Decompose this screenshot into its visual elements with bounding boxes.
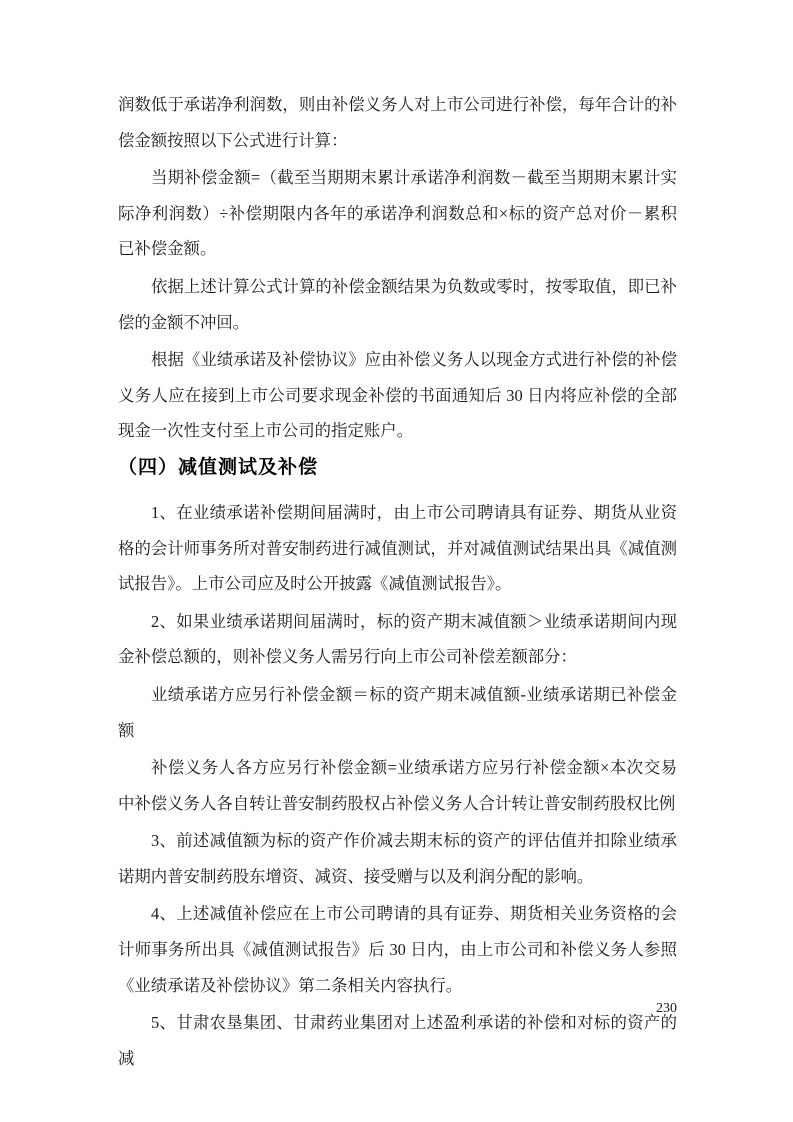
paragraph-item-2: 2、如果业绩承诺期间届满时，标的资产期末减值额＞业绩承诺期间内现金补偿总额的，则… bbox=[118, 604, 677, 675]
paragraph-item-1: 1、在业绩承诺补偿期间届满时，由上市公司聘请具有证券、期货从业资格的会计师事务所… bbox=[118, 495, 677, 602]
paragraph-formula-obligor-share: 补偿义务人各方应另行补偿金额=业绩承诺方应另行补偿金额×本次交易中补偿义务人各自… bbox=[118, 750, 677, 821]
paragraph-item-5: 5、甘肃农垦集团、甘肃药业集团对上述盈利承诺的补偿和对标的资产的减 bbox=[118, 1005, 677, 1076]
page-number: 230 bbox=[656, 1001, 677, 1017]
paragraph-formula-current-compensation: 当期补偿金额=（截至当期期末累计承诺净利润数－截至当期期末累计实际净利润数）÷补… bbox=[118, 160, 677, 267]
paragraph-item-4: 4、上述减值补偿应在上市公司聘请的具有证券、期货相关业务资格的会计师事务所出具《… bbox=[118, 896, 677, 1003]
paragraph-cash-payment-rule: 根据《业绩承诺及补偿协议》应由补偿义务人以现金方式进行补偿的补偿义务人应在接到上… bbox=[118, 342, 677, 449]
paragraph-formula-additional-compensation: 业绩承诺方应另行补偿金额＝标的资产期末减值额-业绩承诺期已补偿金额 bbox=[118, 677, 677, 748]
text-column: 润数低于承诺净利润数，则由补偿义务人对上市公司进行补偿，每年合计的补偿金额按照以… bbox=[118, 87, 677, 1078]
paragraph-continuation: 润数低于承诺净利润数，则由补偿义务人对上市公司进行补偿，每年合计的补偿金额按照以… bbox=[118, 87, 677, 158]
paragraph-zero-value-rule: 依据上述计算公式计算的补偿金额结果为负数或零时，按零取值，即已补偿的金额不冲回。 bbox=[118, 269, 677, 340]
document-page: 润数低于承诺净利润数，则由补偿义务人对上市公司进行补偿，每年合计的补偿金额按照以… bbox=[0, 0, 793, 1122]
paragraph-item-3: 3、前述减值额为标的资产作价减去期末标的资产的评估值并扣除业绩承诺期内普安制药股… bbox=[118, 823, 677, 894]
section-heading-impairment-test: （四）减值测试及补偿 bbox=[118, 452, 677, 484]
